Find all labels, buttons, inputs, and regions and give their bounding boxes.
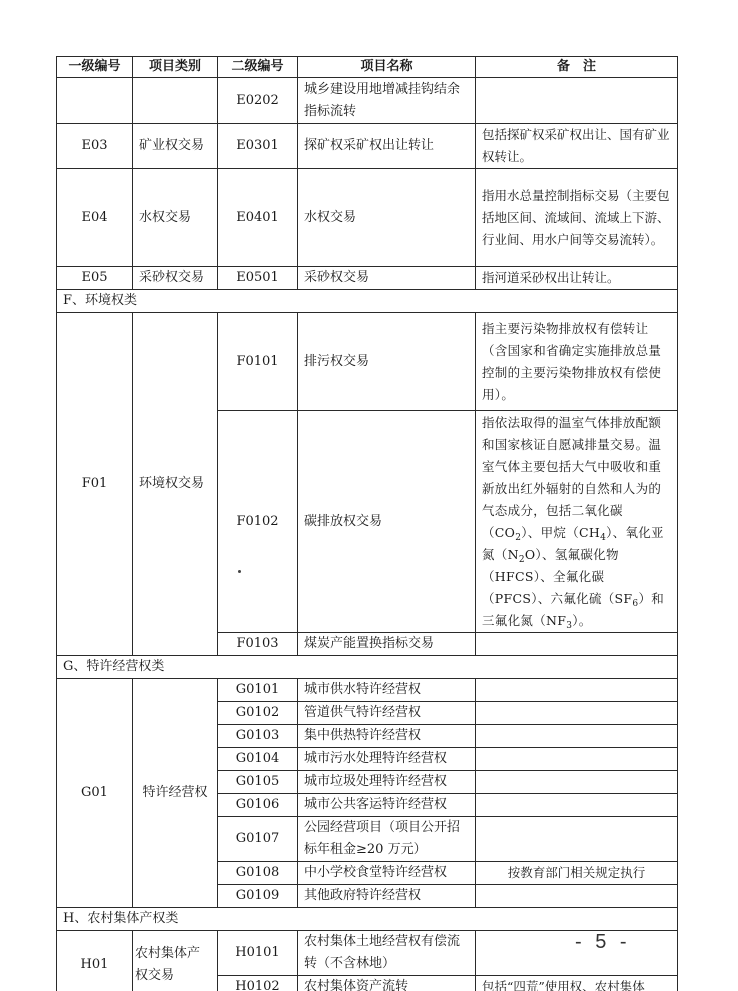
table-row: E05 采砂权交易 E0501 采砂权交易 指河道采砂权出让转让。: [57, 267, 678, 290]
remark: [476, 748, 678, 771]
level2-code: H0102: [218, 976, 298, 991]
header-level1-code: 一级编号: [57, 57, 133, 78]
item-name: 水权交易: [298, 169, 476, 267]
level2-code: E0202: [218, 78, 298, 124]
level1-code: F01: [57, 313, 133, 656]
level2-code: E0301: [218, 124, 298, 169]
level2-code: E0401: [218, 169, 298, 267]
remark: [476, 633, 678, 656]
item-name: 集中供热特许经营权: [298, 725, 476, 748]
level2-code: G0103: [218, 725, 298, 748]
category: 水权交易: [133, 169, 218, 267]
item-name: 农村集体资产流转: [298, 976, 476, 991]
section-title: G、特许经营权类: [57, 656, 678, 679]
table-row: F01 环境权交易 F0101 排污权交易 指主要污染物排放权有偿转让（含国家和…: [57, 313, 678, 411]
item-name: 城市供水特许经营权: [298, 679, 476, 702]
item-name: 农村集体土地经营权有偿流转（不含林地）: [298, 931, 476, 976]
remark: 指用水总量控制指标交易（主要包括地区间、流域间、流域上下游、行业间、用水户间等交…: [476, 169, 678, 267]
section-title: H、农村集体产权类: [57, 908, 678, 931]
level2-code: F0103: [218, 633, 298, 656]
remark: 指主要污染物排放权有偿转让（含国家和省确定实施排放总量控制的主要污染物排放权有偿…: [476, 313, 678, 411]
item-name: 中小学校食堂特许经营权: [298, 862, 476, 885]
remark: [476, 78, 678, 124]
remark: 包括“四荒”使用权、农村集体: [476, 976, 678, 991]
remark: [476, 702, 678, 725]
section-header-g: G、特许经营权类: [57, 656, 678, 679]
remark: [476, 885, 678, 908]
remark-text: ）。: [572, 613, 591, 628]
item-name: 排污权交易: [298, 313, 476, 411]
table-row: E03 矿业权交易 E0301 探矿权采矿权出让转让 包括探矿权采矿权出让、国有…: [57, 124, 678, 169]
level2-code: G0109: [218, 885, 298, 908]
level2-code: F0101: [218, 313, 298, 411]
remark: 指依法取得的温室气体排放配额和国家核证自愿减排量交易。温室气体主要包括大气中吸收…: [476, 411, 678, 633]
category: 采砂权交易: [133, 267, 218, 290]
section-header-h: H、农村集体产权类: [57, 908, 678, 931]
level1-code: E03: [57, 124, 133, 169]
table-row: E0202 城乡建设用地增减挂钩结余指标流转: [57, 78, 678, 124]
remark: [476, 817, 678, 862]
section-header-f: F、环境权类: [57, 290, 678, 313]
remark: 包括探矿权采矿权出让、国有矿业权转让。: [476, 124, 678, 169]
level1-code: [57, 78, 133, 124]
table-row: G01 特许经营权 G0101 城市供水特许经营权: [57, 679, 678, 702]
classification-table: 一级编号 项目类别 二级编号 项目名称 备 注 E0202 城乡建设用地增减挂钩…: [56, 56, 678, 991]
item-name: 其他政府特许经营权: [298, 885, 476, 908]
level1-code: H01: [57, 931, 133, 991]
remark: [476, 679, 678, 702]
category: 农村集体产权交易: [133, 931, 218, 991]
level2-code: E0501: [218, 267, 298, 290]
level1-code: E04: [57, 169, 133, 267]
scan-mark: [238, 570, 241, 573]
level1-code: G01: [57, 679, 133, 908]
item-name: 碳排放权交易: [298, 411, 476, 633]
level2-code: F0102: [218, 411, 298, 633]
item-name: 城市污水处理特许经营权: [298, 748, 476, 771]
level2-code: G0108: [218, 862, 298, 885]
remark: 指河道采砂权出让转让。: [476, 267, 678, 290]
level1-code: E05: [57, 267, 133, 290]
remark: 按教育部门相关规定执行: [476, 862, 678, 885]
page-number: - 5 -: [575, 931, 631, 954]
item-name: 城乡建设用地增减挂钩结余指标流转: [298, 78, 476, 124]
level2-code: H0101: [218, 931, 298, 976]
level2-code: G0101: [218, 679, 298, 702]
item-name: 采砂权交易: [298, 267, 476, 290]
category: [133, 78, 218, 124]
item-name: 探矿权采矿权出让转让: [298, 124, 476, 169]
header-remarks: 备 注: [476, 57, 678, 78]
category: 环境权交易: [133, 313, 218, 656]
category: 特许经营权: [133, 679, 218, 908]
item-name: 管道供气特许经营权: [298, 702, 476, 725]
item-name: 公园经营项目（项目公开招标年租金≥20 万元）: [298, 817, 476, 862]
remark-text: ）、甲烷（CH: [521, 525, 600, 540]
remark-text: 指依法取得的温室气体排放配额和国家核证自愿减排量交易。温室气体主要包括大气中吸收…: [482, 415, 661, 540]
level2-code: G0102: [218, 702, 298, 725]
header-level2-code: 二级编号: [218, 57, 298, 78]
category: 矿业权交易: [133, 124, 218, 169]
table-row: E04 水权交易 E0401 水权交易 指用水总量控制指标交易（主要包括地区间、…: [57, 169, 678, 267]
item-name: 城市公共客运特许经营权: [298, 794, 476, 817]
section-title: F、环境权类: [57, 290, 678, 313]
level2-code: G0105: [218, 771, 298, 794]
header-category: 项目类别: [133, 57, 218, 78]
level2-code: G0107: [218, 817, 298, 862]
item-name: 城市垃圾处理特许经营权: [298, 771, 476, 794]
header-item-name: 项目名称: [298, 57, 476, 78]
remark: [476, 794, 678, 817]
level2-code: G0106: [218, 794, 298, 817]
level2-code: G0104: [218, 748, 298, 771]
remark: [476, 771, 678, 794]
remark: [476, 725, 678, 748]
table-header-row: 一级编号 项目类别 二级编号 项目名称 备 注: [57, 57, 678, 78]
item-name: 煤炭产能置换指标交易: [298, 633, 476, 656]
